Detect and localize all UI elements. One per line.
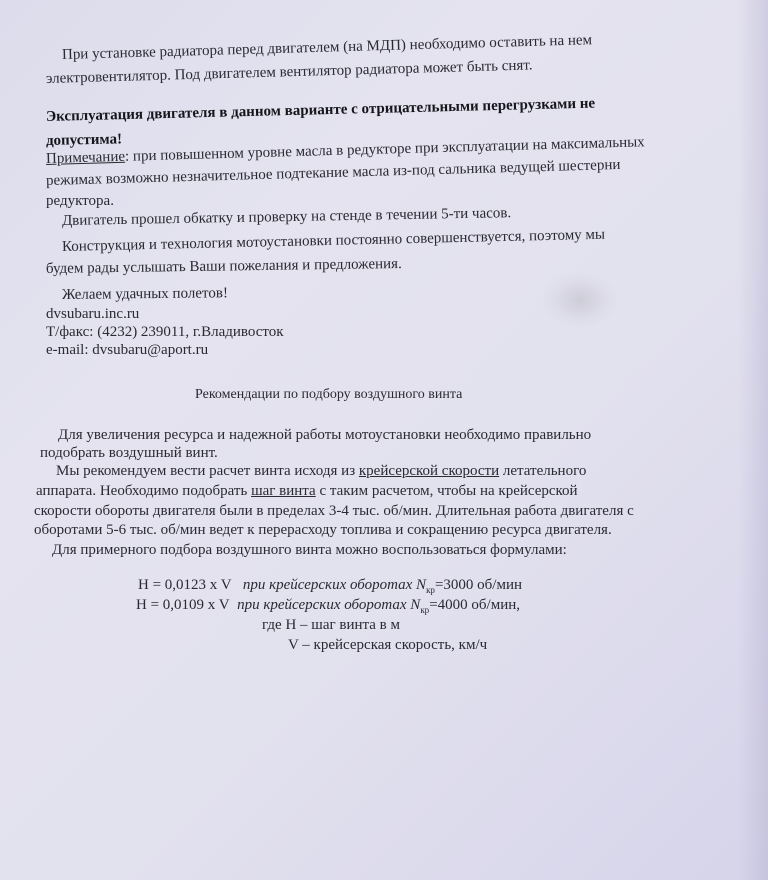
note-line3: редуктора. [46, 192, 114, 210]
rec2-text-d: с таким расчетом, чтобы на крейсерской [316, 483, 578, 499]
rec1-line2: подобрать воздушный винт. [40, 444, 218, 462]
pitch-underlined: шаг винта [251, 483, 316, 499]
paragraph-design-line2: будем рады услышать Ваши пожелания и пре… [46, 255, 402, 278]
warning-line1: Эксплуатация двигателя в данном варианте… [46, 95, 595, 126]
cruise-speed-underlined: крейсерской скорости [359, 463, 499, 479]
rec3: Для примерного подбора воздушного винта … [52, 541, 567, 559]
contact-site: dvsubaru.inc.ru [46, 305, 139, 323]
rec2-text-c: аппарата. Необходимо подобрать [36, 483, 251, 499]
note-label: Примечание [46, 149, 125, 167]
paragraph-design-line1: Конструкция и технология мотоустановки п… [62, 226, 605, 256]
paper-smudge [540, 270, 620, 330]
paragraph-break-in: Двигатель прошел обкатку и проверку на с… [62, 204, 511, 230]
document-page: При установке радиатора перед двигателем… [0, 0, 768, 880]
legend-h: где H – шаг винта в м [262, 616, 400, 634]
formula-value: =4000 об/мин, [429, 597, 520, 613]
rec1-line1: Для увеличения ресурса и надежной работы… [58, 426, 591, 444]
warning-line2: допустима! [46, 130, 122, 150]
section-title: Рекомендации по подбору воздушного винта [195, 386, 462, 404]
rec2-line1: Мы рекомендуем вести расчет винта исходя… [56, 462, 586, 480]
legend-v: V – крейсерская скорость, км/ч [288, 636, 487, 654]
formula-subscript: кр [426, 585, 435, 595]
rec2-text-a: Мы рекомендуем вести расчет винта исходя… [56, 463, 359, 479]
formula-expr: H = 0,0109 x V [136, 597, 230, 613]
contact-phone: Т/факс: (4232) 239011, г.Владивосток [46, 323, 284, 341]
closing-wish: Желаем удачных полетов! [62, 284, 228, 304]
rec2-line4: оборотами 5-6 тыс. об/мин ведет к перера… [34, 521, 612, 539]
contact-email: e-mail: dvsubaru@aport.ru [46, 341, 208, 359]
formula-expr: H = 0,0123 x V [138, 577, 232, 593]
formula-condition: при крейсерских оборотах N [237, 597, 420, 613]
formula-subscript: кр [420, 605, 429, 615]
formula-condition: при крейсерских оборотах N [243, 577, 426, 593]
formula-value: =3000 об/мин [435, 577, 522, 593]
rec2-line2: аппарата. Необходимо подобрать шаг винта… [36, 482, 578, 500]
rec2-text-b: летательного [499, 463, 586, 479]
page-shadow [738, 0, 768, 880]
rec2-line3: скорости обороты двигателя были в предел… [34, 502, 634, 520]
